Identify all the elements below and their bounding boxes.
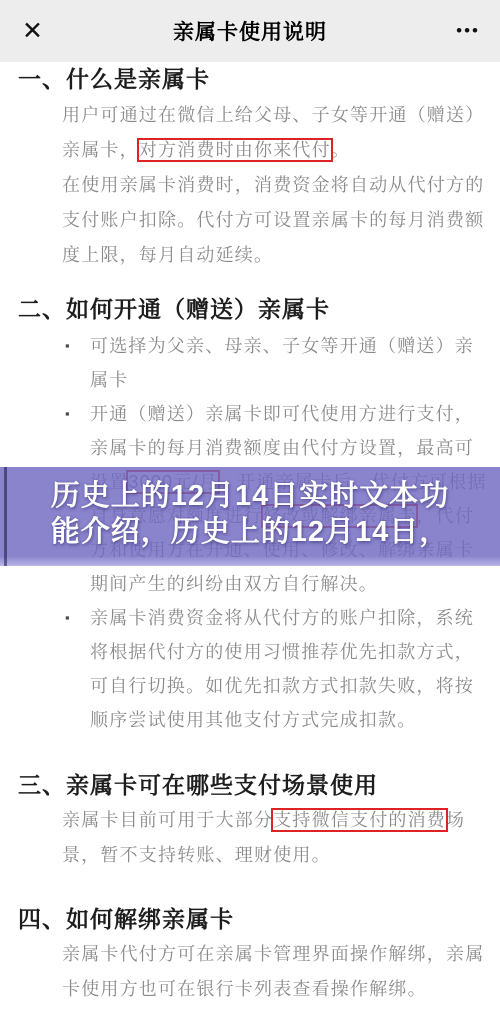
list-item: ▪ 可选择为父亲、母亲、子女等开通（赠送）亲属卡 [62,329,470,397]
text-run: 属卡 [90,370,128,390]
text-line: 亲属卡目前可用于大部分支持微信支付的消费场 [62,803,470,838]
text-run: 支付账户扣除。代付方可设置亲属卡的每月消费额 [62,210,484,230]
text-line: 期间产生的纠纷由双方自行解决。 [90,567,487,601]
text-line: 开通（赠送）亲属卡即可代使用方进行支付， [90,397,487,431]
paragraph: 亲属卡目前可用于大部分支持微信支付的消费场景，暂不支持转账、理财使用。 [62,803,470,873]
close-icon[interactable]: ✕ [22,0,43,62]
text-run: 亲属卡， [62,140,139,160]
text-run: 。 [331,140,350,160]
text-run: 开通（赠送）亲属卡即可代使用方进行支付， [90,404,474,424]
section-heading: 四、如何解绑亲属卡 [18,904,470,934]
paragraph: 在使用亲属卡消费时，消费资金将自动从代付方的支付账户扣除。代付方可设置亲属卡的每… [62,168,470,273]
text-line: 在使用亲属卡消费时，消费资金将自动从代付方的 [62,168,470,203]
text-line: 将根据代付方的使用习惯推荐优先扣款方式， [90,635,474,669]
bullet-text: 可选择为父亲、母亲、子女等开通（赠送）亲属卡 [90,329,474,397]
text-line: 支付账户扣除。代付方可设置亲属卡的每月消费额 [62,203,470,238]
text-run: 在使用亲属卡消费时，消费资金将自动从代付方的 [62,175,484,195]
text-line: 可自行切换。如优先扣款方式扣款失败，将按 [90,669,474,703]
text-run: 场 [446,810,465,830]
text-line: 亲属卡代付方可在亲属卡管理界面操作解绑，亲属 [62,937,470,972]
text-run: 度上限，每月自动延续。 [62,245,273,265]
text-line: 亲属卡消费资金将从代付方的账户扣除，系统 [90,601,474,635]
text-run: 顺序尝试使用其他支付方式完成扣款。 [90,710,416,730]
text-line: 用户可通过在微信上给父母、子女等开通（赠送） [62,98,470,133]
text-line: 度上限，每月自动延续。 [62,238,470,273]
bullet-square-icon: ▪ [62,329,90,397]
promo-banner-overlay: 历史上的12月14日实时文本功 能介绍，历史上的12月14日， [0,467,500,566]
page-title: 亲属卡使用说明 [173,16,327,46]
text-run: 亲属卡的每月消费额度由代付方设置，最高可 [90,438,474,458]
bullet-text: 亲属卡消费资金将从代付方的账户扣除，系统将根据代付方的使用习惯推荐优先扣款方式，… [90,601,474,737]
section-payment-scenarios: 三、亲属卡可在哪些支付场景使用 亲属卡目前可用于大部分支持微信支付的消费场景，暂… [18,770,470,873]
text-line: 卡使用方也可在银行卡列表查看操作解绑。 [62,972,470,1007]
text-run: 将根据代付方的使用习惯推荐优先扣款方式， [90,642,474,662]
section-heading: 三、亲属卡可在哪些支付场景使用 [18,770,470,800]
red-highlight-box: 支持微信支付的消费 [273,810,446,830]
text-run: 亲属卡代付方可在亲属卡管理界面操作解绑，亲属 [62,944,484,964]
text-run: 期间产生的纠纷由双方自行解决。 [90,574,378,594]
text-run: 用户可通过在微信上给父母、子女等开通（赠送） [62,105,484,125]
text-line: 亲属卡的每月消费额度由代付方设置，最高可 [90,431,487,465]
paragraph: 用户可通过在微信上给父母、子女等开通（赠送）亲属卡，对方消费时由你来代付。 [62,98,470,168]
promo-banner-text-line: 能介绍，历史上的12月14日， [51,514,450,550]
more-menu-icon[interactable]: ••• [456,0,480,62]
text-run: 景，暂不支持转账、理财使用。 [62,845,331,865]
text-run: 亲属卡消费资金将从代付方的账户扣除，系统 [90,608,474,628]
text-run: 可自行切换。如优先扣款方式扣款失败，将按 [90,676,474,696]
text-run: 可选择为父亲、母亲、子女等开通（赠送）亲 [90,336,474,356]
red-highlight-box: 对方消费时由你来代付 [139,140,331,160]
bullet-square-icon: ▪ [62,601,90,737]
text-run: 亲属卡目前可用于大部分 [62,810,273,830]
text-run: 卡使用方也可在银行卡列表查看操作解绑。 [62,979,427,999]
paragraph: 亲属卡代付方可在亲属卡管理界面操作解绑，亲属卡使用方也可在银行卡列表查看操作解绑… [62,937,470,1007]
text-line: 顺序尝试使用其他支付方式完成扣款。 [90,703,474,737]
text-line: 可选择为父亲、母亲、子女等开通（赠送）亲 [90,329,474,363]
list-item: ▪ 亲属卡消费资金将从代付方的账户扣除，系统将根据代付方的使用习惯推荐优先扣款方… [62,601,470,737]
promo-banner-text-line: 历史上的12月14日实时文本功 [51,478,450,514]
section-how-to-unbind: 四、如何解绑亲属卡 亲属卡代付方可在亲属卡管理界面操作解绑，亲属卡使用方也可在银… [18,904,470,1007]
section-heading: 一、什么是亲属卡 [18,64,470,94]
title-bar: ✕ 亲属卡使用说明 ••• [0,0,500,62]
text-line: 属卡 [90,363,474,397]
text-line: 亲属卡，对方消费时由你来代付。 [62,133,470,168]
text-line: 景，暂不支持转账、理财使用。 [62,838,470,873]
section-what-is-family-card: 一、什么是亲属卡 用户可通过在微信上给父母、子女等开通（赠送）亲属卡，对方消费时… [18,64,470,273]
section-heading: 二、如何开通（赠送）亲属卡 [18,294,470,324]
